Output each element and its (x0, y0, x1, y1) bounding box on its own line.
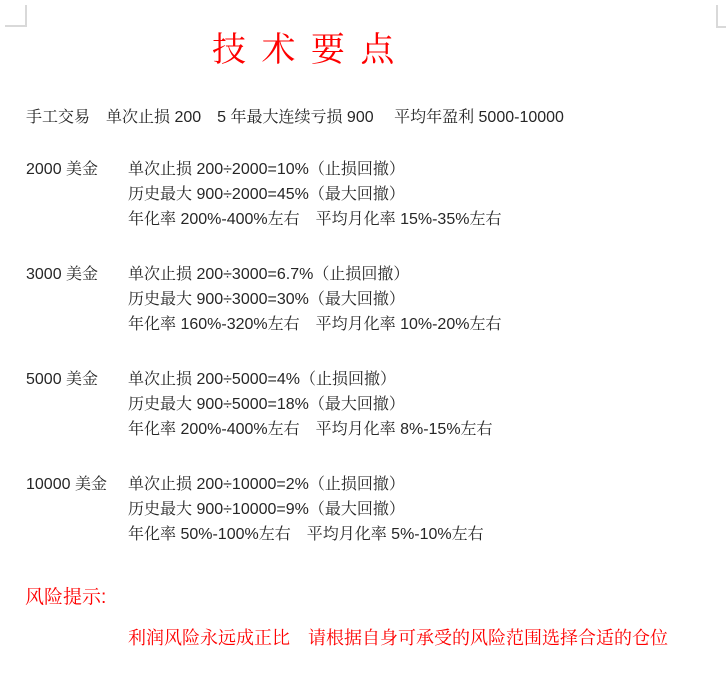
document-title: 技 术 要 点 (212, 32, 726, 68)
text-boundary-corner-top-right-icon (716, 5, 726, 28)
scenario-detail-line: 年化率 200%-400%左右 平均月化率 15%-35%左右 (128, 207, 726, 232)
scenario-detail-lines: 单次止损 200÷3000=6.7%（止损回撤）历史最大 900÷3000=30… (128, 262, 726, 337)
scenario-detail-line: 历史最大 900÷10000=9%（最大回撤） (128, 497, 726, 522)
scenario-detail-line: 历史最大 900÷3000=30%（最大回撤） (128, 287, 726, 312)
scenario-detail-line: 单次止损 200÷3000=6.7%（止损回撤） (128, 262, 726, 287)
scenario-detail-line: 单次止损 200÷2000=10%（止损回撤） (128, 157, 726, 182)
scenario-detail-line: 单次止损 200÷10000=2%（止损回撤） (128, 472, 726, 497)
trading-summary-line: 手工交易 单次止损 200 5 年最大连续亏损 900 平均年盈利 5000-1… (26, 105, 726, 130)
capital-scenarios-list: 2000 美金单次止损 200÷2000=10%（止损回撤）历史最大 900÷2… (0, 157, 726, 547)
scenario-detail-line: 历史最大 900÷2000=45%（最大回撤） (128, 182, 726, 207)
capital-amount-label: 5000 美金 (26, 367, 128, 442)
scenario-detail-lines: 单次止损 200÷5000=4%（止损回撤）历史最大 900÷5000=18%（… (128, 367, 726, 442)
capital-scenario-row: 10000 美金单次止损 200÷10000=2%（止损回撤）历史最大 900÷… (26, 472, 726, 547)
capital-scenario-row: 3000 美金单次止损 200÷3000=6.7%（止损回撤）历史最大 900÷… (26, 262, 726, 337)
risk-warning-text: 利润风险永远成正比 请根据自身可承受的风险范围选择合适的仓位 (128, 628, 726, 648)
capital-amount-label: 3000 美金 (26, 262, 128, 337)
capital-scenario-row: 2000 美金单次止损 200÷2000=10%（止损回撤）历史最大 900÷2… (26, 157, 726, 232)
scenario-detail-line: 历史最大 900÷5000=18%（最大回撤） (128, 392, 726, 417)
scenario-detail-line: 年化率 200%-400%左右 平均月化率 8%-15%左右 (128, 417, 726, 442)
scenario-detail-line: 年化率 160%-320%左右 平均月化率 10%-20%左右 (128, 312, 726, 337)
document-page: 技 术 要 点 手工交易 单次止损 200 5 年最大连续亏损 900 平均年盈… (0, 32, 726, 648)
capital-amount-label: 10000 美金 (26, 472, 128, 547)
scenario-detail-lines: 单次止损 200÷10000=2%（止损回撤）历史最大 900÷10000=9%… (128, 472, 726, 547)
text-boundary-corner-top-left-icon (5, 5, 27, 27)
capital-amount-label: 2000 美金 (26, 157, 128, 232)
capital-scenario-row: 5000 美金单次止损 200÷5000=4%（止损回撤）历史最大 900÷50… (26, 367, 726, 442)
risk-warning-heading: 风险提示: (25, 588, 726, 608)
scenario-detail-line: 年化率 50%-100%左右 平均月化率 5%-10%左右 (128, 522, 726, 547)
scenario-detail-lines: 单次止损 200÷2000=10%（止损回撤）历史最大 900÷2000=45%… (128, 157, 726, 232)
scenario-detail-line: 单次止损 200÷5000=4%（止损回撤） (128, 367, 726, 392)
